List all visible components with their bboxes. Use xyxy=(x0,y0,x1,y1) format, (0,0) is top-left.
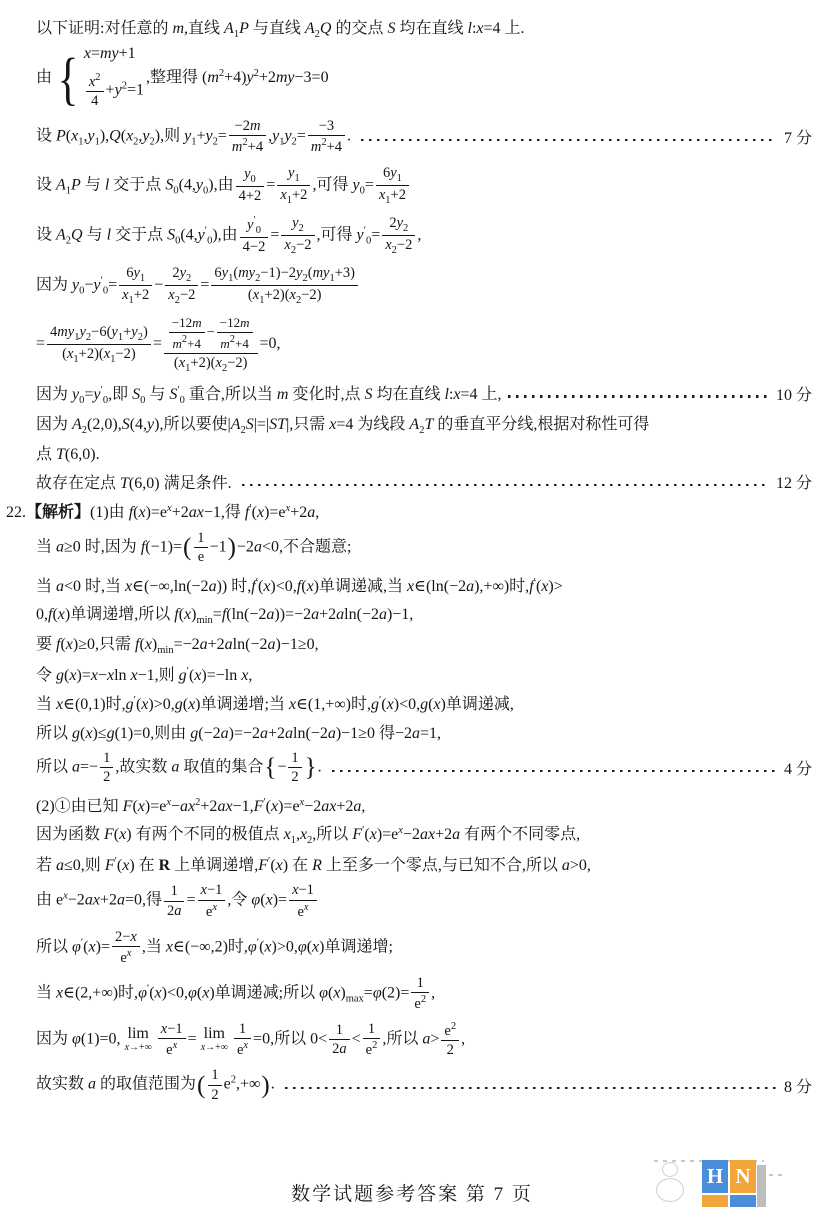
solution-line: 由 ex−2ax+2a=0,得12a=x−1ex,令 φ(x)=x−1ex xyxy=(0,880,824,921)
fraction-numerator: 1 xyxy=(194,529,207,548)
fraction-denominator: m2+4 xyxy=(169,333,205,352)
math-text: 令 xyxy=(36,667,56,684)
fraction-numerator: 1 xyxy=(234,1020,251,1039)
fraction-denominator: x1+2 xyxy=(119,286,152,307)
fraction-numerator: 4my1y2−6(y1+y2) xyxy=(47,323,151,345)
math-text: 1 xyxy=(239,1021,246,1037)
fraction: −12mm2+4 xyxy=(169,315,205,352)
math-variable: x xyxy=(284,826,291,843)
math-variable: φ xyxy=(319,984,328,1001)
subscript: 1 xyxy=(140,273,145,284)
fraction-denominator: x2−2 xyxy=(281,236,314,257)
math-variable: g xyxy=(175,696,183,713)
math-variable: x xyxy=(155,984,162,1001)
system-rows: x=my+1x24+y2=1 xyxy=(84,45,144,111)
math-text: (4, xyxy=(180,226,197,243)
math-text: =4 上, xyxy=(461,386,502,403)
fraction: 1ex xyxy=(234,1020,251,1059)
math-text: ,可得 xyxy=(312,176,352,193)
line-content: 若 a≤0,则 F′(x) 在 R 上单调递增,F′(x) 在 R 上至多一个零… xyxy=(36,852,591,875)
math-variable: a xyxy=(56,538,64,555)
solution-line: 所以 g(x)≤g(1)=0,则由 g(−2a)=−2a+2aln(−2a)−1… xyxy=(0,719,824,743)
fraction: 4my1y2−6(y1+y2)(x1+2)(x1−2) xyxy=(47,323,151,366)
math-variable: Q xyxy=(71,226,83,243)
math-text: 上至多一个零点,与已知不合,所以 xyxy=(322,857,562,874)
limit-label: lim xyxy=(128,1026,149,1043)
line-content: 点 T(6,0). xyxy=(36,441,100,464)
math-variable: A xyxy=(72,416,82,433)
math-text: )≤ xyxy=(92,725,106,742)
math-variable: F xyxy=(123,798,133,815)
math-variable: A xyxy=(409,416,419,433)
math-variable: m xyxy=(277,386,289,403)
math-text: 取值的集合 xyxy=(179,758,263,775)
math-text: −3 xyxy=(319,118,334,134)
fraction-denominator: x2−2 xyxy=(382,236,415,257)
math-text: + xyxy=(106,81,115,98)
math-variable: S xyxy=(132,386,140,403)
math-variable: x xyxy=(433,696,440,713)
math-text: ,故实数 xyxy=(115,758,171,775)
subscript: min xyxy=(157,645,173,656)
math-variable: my xyxy=(57,324,74,340)
math-text: 1 xyxy=(171,883,178,899)
math-text: , xyxy=(461,1030,465,1047)
fraction-numerator: y0 xyxy=(236,165,265,187)
score-label: 4 分 xyxy=(784,756,812,779)
math-variable: y xyxy=(198,226,205,243)
fraction-numerator: 1 xyxy=(208,1066,221,1085)
bp: ( xyxy=(196,1072,206,1099)
score-label: 12 分 xyxy=(776,470,812,493)
math-text: −6( xyxy=(91,324,111,340)
fraction-numerator: x−1 xyxy=(198,881,226,900)
fraction-numerator: y2 xyxy=(281,214,314,236)
math-text: (4, xyxy=(130,416,147,433)
bp: { xyxy=(263,754,277,781)
math-text: < xyxy=(352,1030,361,1047)
solution-line: (2)①由已知 F(x)=ex−ax2+2ax−1,F′(x)=ex−2ax+2… xyxy=(0,792,824,816)
fraction-denominator: x1+2 xyxy=(277,186,310,207)
math-text: ,即 xyxy=(108,386,132,403)
logo-book-icon: H N xyxy=(702,1160,756,1207)
fraction-numerator: e2 xyxy=(441,1020,459,1041)
math-variable: x xyxy=(276,857,283,874)
math-text: 12 分 xyxy=(776,475,812,492)
math-variable: x xyxy=(138,798,145,815)
fraction-denominator: 2a xyxy=(164,902,185,920)
fraction-denominator: (x1+2)(x1−2) xyxy=(47,345,151,366)
fraction: −12mm2+4 xyxy=(217,315,253,352)
fraction: 2−xex xyxy=(112,928,140,967)
math-variable: a xyxy=(88,1076,96,1093)
math-text: 所以 xyxy=(36,725,72,742)
solution-line: 故存在定点 T(6,0) 满足条件. 12 分 xyxy=(0,470,824,494)
math-text: 4 分 xyxy=(784,761,812,778)
math-text: − xyxy=(98,667,107,684)
math-text: , xyxy=(248,667,252,684)
math-variable: a xyxy=(254,538,262,555)
fraction: x−1ex xyxy=(198,881,226,920)
math-variable: g xyxy=(72,725,80,742)
math-variable: x xyxy=(145,636,152,653)
solution-line: 设 A2Q 与 l 交于点 S0(4,y′0),由y′04−2=y2x2−2,可… xyxy=(0,213,824,258)
superscript: 2 xyxy=(421,994,426,1005)
math-variable: m xyxy=(207,69,219,86)
fraction-denominator: (x1+2)(x2−2) xyxy=(211,286,358,307)
math-variable: Q xyxy=(320,20,332,37)
line-content: 当 x∈(2,+∞)时,φ′(x)<0,φ(x)单调递减;所以 φ(x)max=… xyxy=(36,973,435,1014)
logo-pad-orange xyxy=(702,1195,728,1207)
solution-line: 所以 φ′(x)=2−xex,当 x∈(−∞,2)时,φ′(x)>0,φ(x)单… xyxy=(0,927,824,968)
watermark-sketch xyxy=(654,1162,702,1204)
fraction-denominator: ex xyxy=(234,1039,251,1059)
solution-line: 点 T(6,0). xyxy=(0,441,824,465)
math-variable: φ xyxy=(373,984,382,1001)
fraction: y2x2−2 xyxy=(281,214,314,257)
sketch-circle xyxy=(656,1178,684,1202)
solution-line: 由{x=my+1x24+y2=1,整理得 (m2+4)y2+2my−3=0 xyxy=(0,45,824,111)
math-text: 0, xyxy=(36,606,48,623)
math-text: (−1)= xyxy=(145,538,182,555)
math-text: , xyxy=(361,798,365,815)
line-content: 要 f(x)≥0,只需 f(x)min=−2a+2aln(−2a)−1≥0, xyxy=(36,631,319,656)
fraction-numerator: 2−x xyxy=(112,928,140,947)
line-content: 所以 a=−12,故实数 a 取值的集合{−12}. xyxy=(36,748,326,787)
bp: } xyxy=(304,754,318,781)
math-text: 所以 xyxy=(36,938,72,955)
fraction: x24 xyxy=(86,71,104,110)
math-variable: ax xyxy=(180,798,195,815)
math-text: →+∞ xyxy=(129,1042,152,1053)
solution-line: 当 x∈(0,1)时,g′(x)>0,g(x)单调递增;当 x∈(1,+∞)时,… xyxy=(0,690,824,714)
math-text: 由 xyxy=(36,69,52,86)
math-variable: x xyxy=(370,826,377,843)
math-text: 2 xyxy=(95,72,100,83)
math-text: = xyxy=(297,128,306,145)
math-text: 与 xyxy=(145,386,169,403)
math-text: +2 xyxy=(391,187,406,203)
limit-label: lim xyxy=(204,1026,225,1043)
math-text: =−2 xyxy=(174,636,200,653)
math-variable: g xyxy=(371,696,379,713)
math-text: )−1≥0 得−2 xyxy=(336,725,412,742)
line-content: 设 A2Q 与 l 交于点 S0(4,y′0),由y′04−2=y2x2−2,可… xyxy=(36,213,421,258)
math-text: ∈(−∞,ln(−2 xyxy=(132,578,208,595)
math-text: +2 xyxy=(134,287,149,303)
math-variable: g xyxy=(126,696,134,713)
fraction-denominator: m2+4 xyxy=(308,136,345,156)
math-variable: S xyxy=(246,416,254,433)
math-variable: a xyxy=(209,578,217,595)
math-text: min xyxy=(196,615,212,626)
math-variable: φ xyxy=(72,1030,81,1047)
math-text: = xyxy=(108,276,117,293)
math-text: (−2 xyxy=(198,725,220,742)
math-text: 与 xyxy=(83,226,107,243)
fraction-numerator: x−1 xyxy=(158,1020,186,1039)
math-text: <0 时,当 xyxy=(64,578,125,595)
math-text: (2)①由已知 xyxy=(36,798,123,815)
math-variable: a xyxy=(56,857,64,874)
math-text: 设 xyxy=(36,128,56,145)
superscript: 2 xyxy=(95,72,100,83)
math-text: +2 xyxy=(290,504,307,521)
solution-line: 若 a≤0,则 F′(x) 在 R 上单调递增,F′(x) 在 R 上至多一个零… xyxy=(0,851,824,875)
math-variable: A xyxy=(56,176,66,193)
publisher-logo: H N xyxy=(702,1160,768,1216)
math-text: 当 xyxy=(36,578,56,595)
math-text: − xyxy=(277,758,286,775)
math-text: (ln(−2 xyxy=(226,606,266,623)
solution-line: 设 A1P 与 l 交于点 S0(4,y0),由y04+2=y1x1+2,可得 … xyxy=(0,163,824,208)
math-variable: x xyxy=(130,929,136,945)
math-variable: x xyxy=(257,504,264,521)
fraction-numerator: 1 xyxy=(100,749,113,768)
fraction-denominator: ex xyxy=(289,901,317,921)
math-text: →+∞ xyxy=(205,1042,228,1053)
math-text: 0 xyxy=(256,225,261,236)
limit-operator: limx→+∞ xyxy=(201,1026,228,1054)
fraction-numerator: 1 xyxy=(288,749,301,768)
math-text: ,所以 xyxy=(312,826,352,843)
math-text: ) xyxy=(143,324,148,340)
math-text: ,直线 xyxy=(184,20,224,37)
math-text: )=−2 xyxy=(229,725,260,742)
math-text: −2 xyxy=(403,826,420,843)
line-content: 0,f(x)单调递增,所以 f(x)min=f(ln(−2a))=−2a+2al… xyxy=(36,601,413,626)
math-text: ),则 xyxy=(155,128,184,145)
math-text: − xyxy=(171,798,180,815)
math-variable: T xyxy=(56,446,65,463)
line-content: 设 A1P 与 l 交于点 S0(4,y0),由y04+2=y1x1+2,可得 … xyxy=(36,163,411,208)
fraction: −3m2+4 xyxy=(308,117,345,156)
math-variable: a xyxy=(285,725,293,742)
superscript: 2 xyxy=(451,1021,456,1032)
fraction-denominator: 4 xyxy=(86,92,104,110)
math-text: 当 xyxy=(36,696,56,713)
math-variable: m xyxy=(250,118,260,134)
math-variable: y xyxy=(352,176,359,193)
math-text: +2)( xyxy=(79,346,104,362)
math-text: +2 xyxy=(435,826,452,843)
math-text: 的交点 xyxy=(331,20,387,37)
math-variable: P xyxy=(56,128,66,145)
fraction-numerator: x−1 xyxy=(289,881,317,900)
bold-text: 【解析】 xyxy=(26,504,90,521)
math-variable: x xyxy=(166,938,173,955)
logo-book-spine xyxy=(757,1165,766,1207)
fraction: 2y2x2−2 xyxy=(165,264,198,307)
math-text: 要 xyxy=(36,636,56,653)
solution-line: 令 g(x)=x−xln x−1,则 g′(x)=−ln x, xyxy=(0,661,824,685)
math-text: )=−ln xyxy=(201,667,241,684)
math-variable: Q xyxy=(109,128,121,145)
math-text: 均在直线 xyxy=(372,386,444,403)
math-text: 1 xyxy=(368,1021,375,1037)
math-text: ,+∞ xyxy=(236,1076,260,1093)
subscript: max xyxy=(346,993,364,1004)
math-text: +2 xyxy=(268,725,285,742)
fraction: 1e2 xyxy=(411,974,429,1013)
math-variable: m xyxy=(240,315,249,330)
solution-line: 因为 φ(1)=0,limx→+∞x−1ex=limx→+∞1ex=0,所以 0… xyxy=(0,1019,824,1060)
fraction-denominator: 2 xyxy=(208,1086,221,1104)
subscript: 1 xyxy=(397,173,402,184)
line-content: 以下证明:对任意的 m,直线 A1P 与直线 A2Q 的交点 S 均在直线 l:… xyxy=(36,15,525,40)
line-content: 当 a≥0 时,因为 f(−1)=(1e−1)−2a<0,不合题意; xyxy=(36,528,351,567)
logo-letter-n: N xyxy=(730,1160,756,1193)
math-variable: ax xyxy=(420,826,435,843)
math-text: 有两个不同零点, xyxy=(460,826,580,843)
math-text: =1 xyxy=(127,81,144,98)
solution-line: 因为 y0−y′0=6y1x1+2−2y2x2−2=6y1(my2−1)−2y2… xyxy=(0,263,824,308)
math-text: −1 xyxy=(207,882,222,898)
fraction: 6y1x1+2 xyxy=(119,264,152,307)
math-text: −3=0 xyxy=(295,69,329,86)
solution-line: 要 f(x)≥0,只需 f(x)min=−2a+2aln(−2a)−1≥0, xyxy=(0,631,824,656)
fraction: −2mm2+4 xyxy=(229,117,266,156)
math-text: − xyxy=(207,325,215,341)
line-content: 所以 g(x)≤g(1)=0,则由 g(−2a)=−2a+2aln(−2a)−1… xyxy=(36,720,441,743)
math-text: −1 xyxy=(210,538,227,555)
superscript: x xyxy=(127,948,132,959)
line-content: 设 P(x1,y1),Q(x2,y2),则 y1+y2=−2mm2+4,y1y2… xyxy=(36,116,355,157)
math-text: 因为 xyxy=(36,416,72,433)
math-text: = xyxy=(91,45,100,62)
math-text: <0,不合题意; xyxy=(262,538,351,555)
math-variable: φ xyxy=(298,938,307,955)
math-text: , xyxy=(431,984,435,1001)
math-variable: x xyxy=(84,45,91,62)
math-text: , xyxy=(315,504,319,521)
math-text: 的垂直平分线,根据对称性可得 xyxy=(433,416,649,433)
fraction-denominator: 4+2 xyxy=(236,187,265,205)
fraction-numerator: 2y2 xyxy=(165,264,198,286)
math-variable: my xyxy=(276,69,295,86)
math-text: 故实数 xyxy=(36,1076,88,1093)
math-text: ≤0,则 xyxy=(64,857,105,874)
fraction-numerator: 6y1(my2−1)−2y2(my1+3) xyxy=(211,264,358,286)
math-text: = xyxy=(270,226,279,243)
math-text: . xyxy=(347,128,355,145)
line-content: 所以 φ′(x)=2−xex,当 x∈(−∞,2)时,φ′(x)>0,φ(x)单… xyxy=(36,927,393,968)
math-text: = xyxy=(153,335,162,352)
math-variable: x xyxy=(131,667,138,684)
math-text: e xyxy=(198,549,204,565)
line-content: 当 x∈(0,1)时,g′(x)>0,g(x)单调递增;当 x∈(1,+∞)时,… xyxy=(36,691,514,714)
fraction: y04+2 xyxy=(236,165,265,205)
math-text: (4, xyxy=(179,176,196,193)
line-content: 因为函数 F(x) 有两个不同的极值点 x1,x2,所以 F′(x)=ex−2a… xyxy=(36,821,580,846)
math-text: (1)=0, xyxy=(81,1030,121,1047)
math-text: 因为函数 xyxy=(36,826,104,843)
line-content: 故存在定点 T(6,0) 满足条件. xyxy=(36,470,236,493)
math-variable: x xyxy=(264,938,271,955)
math-text: )> xyxy=(548,578,562,595)
math-text: ),由 xyxy=(212,226,237,243)
fraction: 6y1(my2−1)−2y2(my1+3)(x1+2)(x2−2) xyxy=(211,264,358,307)
math-text: +2 xyxy=(200,798,217,815)
math-text: ) 在 xyxy=(283,857,312,874)
math-text: =− xyxy=(80,758,98,775)
math-variable: y xyxy=(93,386,100,403)
math-variable: P xyxy=(239,20,249,37)
math-variable: x xyxy=(476,20,483,37)
math-text: )<0, xyxy=(270,578,296,595)
math-text: 2 xyxy=(447,1042,454,1058)
fraction-numerator: 6y1 xyxy=(376,164,409,186)
math-variable: A xyxy=(224,20,234,37)
math-text: ln xyxy=(114,667,130,684)
score-label: 10 分 xyxy=(776,382,812,405)
math-text: ∈(ln(−2 xyxy=(414,578,466,595)
math-text: 4−2 xyxy=(243,239,266,255)
math-variable: x xyxy=(127,948,132,959)
math-text: −2 xyxy=(235,118,250,134)
math-text: ln(−2 xyxy=(293,725,328,742)
subscript: 0 xyxy=(251,174,256,185)
math-text: )>0, xyxy=(148,696,174,713)
math-text: = xyxy=(364,984,373,1001)
math-text: ) 有两个不同的极值点 xyxy=(126,826,283,843)
math-text: )≥0,只需 xyxy=(73,636,135,653)
math-text: 4+2 xyxy=(239,188,262,204)
math-text: )<0, xyxy=(394,696,420,713)
math-variable: m xyxy=(172,20,184,37)
math-text: = xyxy=(218,128,227,145)
math-text: )) 时, xyxy=(217,578,252,595)
math-variable: ST xyxy=(269,416,286,433)
dot-leader xyxy=(242,484,768,486)
math-variable: x xyxy=(304,902,309,913)
fraction-numerator: −12m xyxy=(169,315,205,332)
fraction: 12 xyxy=(208,1066,221,1103)
math-text: 10 分 xyxy=(776,387,812,404)
system-row: x=my+1 xyxy=(84,45,136,63)
superscript: 2 xyxy=(372,1040,377,1051)
math-variable: A xyxy=(231,416,241,433)
math-text: )>0, xyxy=(272,938,298,955)
footer-text: 数学试题参考答案 第 7 页 xyxy=(291,1184,533,1205)
math-variable: A xyxy=(56,226,66,243)
math-variable: φ xyxy=(138,984,147,1001)
math-text: )−1≥0, xyxy=(275,636,318,653)
math-text: +4) xyxy=(224,69,246,86)
math-variable: a xyxy=(562,857,570,874)
math-variable: x xyxy=(243,1040,248,1051)
fraction: 1e xyxy=(194,529,207,566)
fraction-denominator: x1+2 xyxy=(376,186,409,207)
math-text: +2 xyxy=(336,798,353,815)
math-text: +2)( xyxy=(190,355,215,371)
math-text: )= xyxy=(273,892,287,909)
math-text: =0,所以 0< xyxy=(253,1030,327,1047)
math-variable: ax xyxy=(189,504,204,521)
fraction-denominator: 2 xyxy=(441,1041,459,1059)
fraction-denominator: 2 xyxy=(100,768,113,786)
math-text: . xyxy=(318,758,326,775)
math-text: ∈(−∞,2)时, xyxy=(173,938,248,955)
math-text: −2 xyxy=(180,287,195,303)
math-variable: ax xyxy=(321,798,336,815)
score-label: 8 分 xyxy=(784,1074,812,1097)
math-variable: y xyxy=(284,128,291,145)
math-variable: a xyxy=(412,725,420,742)
math-text: +2 xyxy=(100,892,117,909)
math-text: =1, xyxy=(420,725,441,742)
math-variable: a xyxy=(452,826,460,843)
